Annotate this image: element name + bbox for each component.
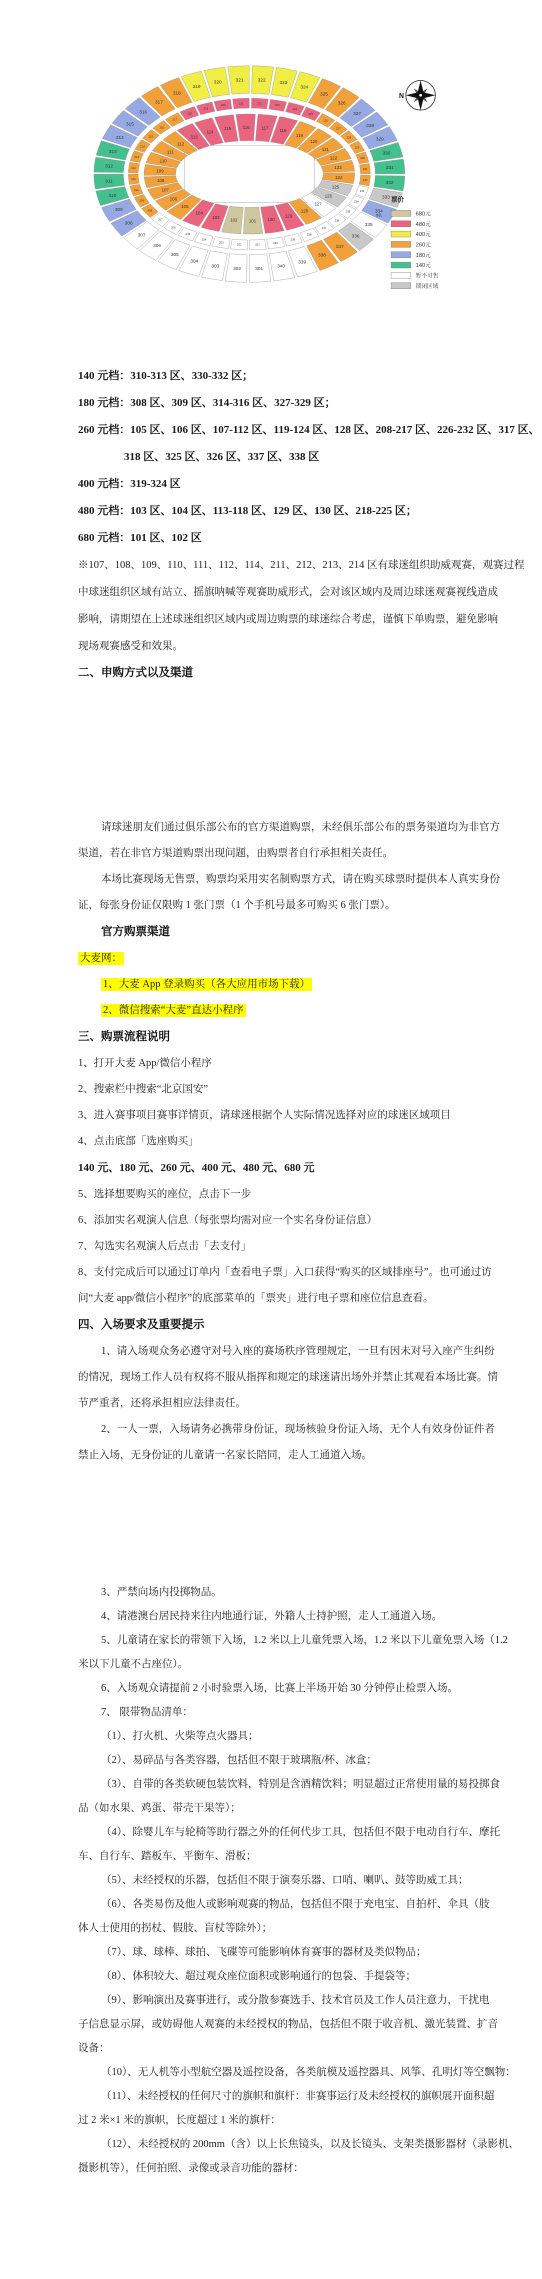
doc-text: 4、请港澳台居民持来往内地通行证，外籍人士持护照，走人工通道入场。 <box>101 1611 442 1622</box>
section-label: 122 <box>330 156 338 161</box>
section-label: 225 <box>309 112 314 116</box>
section-label: 123 <box>334 165 342 170</box>
doc-text: 400 元档：319-324 区 <box>78 478 181 490</box>
section-label: 308 <box>125 220 133 226</box>
section-label: 226 <box>323 118 328 122</box>
section-label: 219 <box>204 106 209 110</box>
legend-label: 680元 <box>416 211 431 218</box>
section-label: 218 <box>187 111 192 115</box>
doc-line: 影响，请期望在上述球迷组织区域内或周边购票的球迷综合考虑，谨慎下单购票，避免影响 <box>78 606 512 633</box>
section-label: 224 <box>292 107 297 111</box>
section-label: 114 <box>207 129 214 134</box>
doc-line: 140 元、180 元、260 元、400 元、480 元、680 元 <box>78 1155 512 1182</box>
doc-line: 140 元档：310-313 区、330-332 区； <box>78 363 512 390</box>
section-label: 117 <box>261 126 268 131</box>
doc-line: 1、打开大麦 App/微信小程序 <box>78 1051 512 1077</box>
doc-line: （3）、自带的各类软硬包装饮料，特别是含酒精饮料；明显超过正常使用量的易投掷食 <box>78 1773 512 1797</box>
section-label: 215 <box>149 134 154 138</box>
legend-label: 400元 <box>416 231 431 238</box>
doc-line: 318 区、325 区、326 区、337 区、338 区 <box>78 444 512 471</box>
section-label: 323 <box>279 80 287 86</box>
doc-line: 3、进入赛事项目赛事详情页，请球迷根据个人实际情况选择对应的球迷区域项目 <box>78 1103 512 1129</box>
section-label: 130 <box>267 217 275 222</box>
section-label: 228 <box>347 136 352 140</box>
section-label: 327 <box>353 111 361 117</box>
section-label: 318 <box>173 91 181 97</box>
section-label: 330 <box>383 150 391 156</box>
section-label: 314 <box>116 135 124 141</box>
doc-text: 现场观赛感受和效果。 <box>78 641 183 652</box>
section-label: 126 <box>325 193 333 198</box>
doc-text: 证，每张身份证仅限购 1 张门票（1 个手机号最多可购买 6 张门票）。 <box>78 900 396 911</box>
highlighted-text: 1、大麦 App 登录购买（各大应用市场下载） <box>101 978 312 991</box>
doc-text: （7）、球、球棒、球拍、飞碟等可能影响体育赛事的器材及类似物品； <box>101 1947 427 1958</box>
doc-text: 过 2 米×1 米的旗帜，长度超过 1 米的旗杆： <box>78 2115 281 2126</box>
doc-text: （2）、易碎品与各类容器，包括但不限于玻璃瓶/杯、冰盒； <box>101 1755 377 1766</box>
doc-text: 子信息显示屏，或妨碍他人观赛的未经授权的物品，包括但不限于收音机、激光装置、扩音 <box>78 2019 498 2030</box>
doc-line: （10）、无人机等小型航空器及遥控设备，各类航模及遥控器具、风筝、孔明灯等空飘物… <box>78 2061 512 2085</box>
section-label: 220 <box>221 103 226 107</box>
section-label: 208 <box>148 209 153 213</box>
doc-line: 品（如水果、鸡蛋、带壳干果等）； <box>78 1797 512 1821</box>
section-label: 312 <box>105 163 113 169</box>
doc-line: 6、入场观众请提前 2 小时验票入场，比赛上半场开始 30 分钟停止检票入场。 <box>78 1677 512 1701</box>
section-label: 108 <box>157 178 165 183</box>
section-label: 221 <box>239 101 244 105</box>
legend-swatch <box>391 210 411 216</box>
legend-swatch <box>391 283 411 289</box>
legend-label: 锁闭区域 <box>416 282 439 290</box>
doc-line: 1、大麦 App 登录购买（各大应用市场下载） <box>78 972 512 998</box>
doc-text: 渠道，若在非官方渠道购票出现问题，由购票者自行承担相关责任。 <box>78 848 393 859</box>
section-label: 213 <box>134 155 139 159</box>
doc-text: 影响，请期望在上述球迷组织区域内或周边购票的球迷综合考虑，谨慎下单购票，避免影响 <box>78 614 498 625</box>
doc-line: 四、入场要求及重要提示 <box>78 1312 512 1339</box>
section-label: 124 <box>335 175 343 180</box>
stadium-map-block: 3013023033043053063073083093103113123133… <box>60 52 542 305</box>
doc-line: 官方购票渠道 <box>78 919 512 946</box>
doc-text: 体人士使用的拐杖、假肢、盲杖等除外）； <box>78 1923 272 1934</box>
section-label: 222 <box>257 101 262 105</box>
doc-line: 400 元档：319-324 区 <box>78 471 512 498</box>
section-label: 120 <box>310 139 318 144</box>
doc-line: 渠道，若在非官方渠道购票出现问题，由购票者自行承担相关责任。 <box>78 841 512 867</box>
section-label: 235 <box>346 210 351 214</box>
section-label: 205 <box>186 232 191 236</box>
doc-line: 请球迷朋友们通过俱乐部公布的官方渠道购票，未经俱乐部公布的票务渠道均为非官方 <box>78 815 512 841</box>
compass-icon: N <box>399 81 435 111</box>
section-label: 201 <box>255 243 260 247</box>
doc-text: 3、进入赛事项目赛事详情页，请球迷根据个人实际情况选择对应的球迷区域项目 <box>78 1110 451 1121</box>
compass-north-label: N <box>399 93 404 100</box>
legend-label: 180元 <box>416 252 431 259</box>
section-label: 317 <box>155 99 163 105</box>
doc-line: （11）、未经授权的任何尺寸的旗帜和旗杆：非赛事运行及未经授权的旗帜展开面积超 <box>78 2085 512 2109</box>
section-label: 206 <box>171 225 176 229</box>
doc-line: （6）、各类易伤及他人或影响观赛的物品，包括但不限于充电宝、自拍杆、伞具（肢 <box>78 1893 512 1917</box>
doc-text: 140 元档：310-313 区、330-332 区； <box>78 370 253 382</box>
section-label: 119 <box>296 133 303 138</box>
section-label: 338 <box>318 253 326 259</box>
doc-line: 5、选择想要购买的座位，点击下一步 <box>78 1182 512 1208</box>
section-label: 113 <box>191 135 198 140</box>
doc-line: 2、微信搜索“大麦”直达小程序 <box>78 998 512 1024</box>
section-label: 115 <box>224 126 231 131</box>
doc-line: 二、申购方式以及渠道 <box>78 660 512 687</box>
doc-text: 318 区、325 区、326 区、337 区、338 区 <box>124 451 319 463</box>
section-label: 212 <box>131 166 136 170</box>
section-label: 324 <box>300 85 308 91</box>
legend-label: 暂不可售 <box>416 272 439 280</box>
pitch <box>184 145 314 202</box>
legend-label: 140元 <box>416 262 431 269</box>
doc-line: 480 元档：103 区、104 区、113-118 区、129 区、130 区… <box>78 498 512 525</box>
section-label: 319 <box>193 84 201 90</box>
doc-text: 品（如水果、鸡蛋、带壳干果等）； <box>78 1803 241 1814</box>
doc-text: （4）、除婴儿车与轮椅等助行器之外的任何代步工具，包括但不限于电动自行车、摩托 <box>101 1827 500 1838</box>
doc-text: 6、添加实名观演人信息（每张票均需对应一个实名身份证信息） <box>78 1215 377 1226</box>
doc-line: 现场观赛感受和效果。 <box>78 633 512 660</box>
spacer <box>0 1469 542 1581</box>
section-label: 112 <box>177 141 184 146</box>
section-label: 211 <box>131 177 136 181</box>
section-label: 105 <box>181 204 189 209</box>
doc-line: 大麦网： <box>78 946 512 972</box>
section-label: 337 <box>336 244 344 250</box>
doc-text: 6、入场观众请提前 2 小时验票入场，比赛上半场开始 30 分钟停止检票入场。 <box>101 1683 458 1694</box>
doc-line: 260 元档：105 区、106 区、107-112 区、119-124 区、1… <box>78 417 512 444</box>
section-label: 302 <box>233 266 241 272</box>
doc-line: 问“大麦 app/微信小程序”的底部菜单的「票夹」进行电子票和座位信息查看。 <box>78 1286 512 1312</box>
section-label: 305 <box>171 252 179 258</box>
section-label: 229 <box>355 145 360 149</box>
section-label: 328 <box>366 123 374 129</box>
legend-swatch <box>391 252 411 258</box>
doc-line: 4、点击底部「选座购买」 <box>78 1129 512 1155</box>
section-label: 125 <box>332 184 340 189</box>
doc-text: 5、选择想要购买的座位，点击下一步 <box>78 1189 251 1200</box>
section-label: 332 <box>386 180 394 186</box>
doc-line: 4、请港澳台居民持来往内地通行证，外籍人士持护照，走人工通道入场。 <box>78 1605 512 1629</box>
section-label: 329 <box>376 136 384 142</box>
doc-text: 禁止入场，无身份证的儿童请一名家长陪同，走人工通道入场。 <box>78 1450 372 1461</box>
away-section-label: 客队 <box>376 213 383 218</box>
doc-text: 车、自行车、踏板车、平衡车、滑板； <box>78 1851 257 1862</box>
doc-line: 子信息显示屏，或妨碍他人观赛的未经授权的物品，包括但不限于收音机、激光装置、扩音 <box>78 2013 512 2037</box>
doc-line: 2、一人一票，入场请务必携带身份证，现场核验身份证入场，无个人有效身份证件者 <box>78 1417 512 1443</box>
section-label: 118 <box>279 128 286 133</box>
section-label: 202 <box>237 243 242 247</box>
doc-text: 2、搜索栏中搜索“北京国安” <box>78 1084 208 1095</box>
legend-swatch <box>391 262 411 268</box>
doc-text: 官方购票渠道 <box>101 926 170 938</box>
section-label: 121 <box>322 147 330 152</box>
doc-line: 米以下儿童不占座位）。 <box>78 1653 512 1677</box>
section-label: 230 <box>360 156 365 160</box>
doc-text: 480 元档：103 区、104 区、113-118 区、129 区、130 区… <box>78 505 417 517</box>
legend-label: 480元 <box>416 221 431 228</box>
doc-text: 1、打开大麦 App/微信小程序 <box>78 1058 212 1069</box>
section-label: 223 <box>275 103 280 107</box>
doc-text: 4、点击底部「选座购买」 <box>78 1136 199 1147</box>
doc-line: （2）、易碎品与各类容器，包括但不限于玻璃瓶/杯、冰盒； <box>78 1749 512 1773</box>
section-label: 325 <box>320 92 328 98</box>
doc-text: 问“大麦 app/微信小程序”的底部菜单的「票夹」进行电子票和座位信息查看。 <box>78 1293 434 1304</box>
section-label: 310 <box>108 193 116 199</box>
section-label: 307 <box>138 232 146 238</box>
doc-text: 设备： <box>78 2043 110 2054</box>
legend-swatch <box>391 241 411 247</box>
doc-text: 三、购票流程说明 <box>78 1031 170 1043</box>
section-label: 301 <box>255 266 263 272</box>
price-legend: 票价680元480元400元260元180元140元暂不可售锁闭区域 <box>391 195 439 290</box>
doc-line: 设备： <box>78 2037 512 2061</box>
document: 140 元档：310-313 区、330-332 区；180 元档：308 区、… <box>0 363 542 2181</box>
section-label: 210 <box>134 188 139 192</box>
doc-line: 680 元档：101 区、102 区 <box>78 525 512 552</box>
doc-text: （12）、未经授权的 200mm（含）以上长焦镜头，以及长镜头、支架类摄影器材（… <box>101 2139 519 2150</box>
section-label: 304 <box>190 259 198 265</box>
section-label: 238 <box>307 233 312 237</box>
section-label: 313 <box>109 149 117 155</box>
section-label: 111 <box>167 150 174 155</box>
section-label: 116 <box>243 125 250 130</box>
doc-line: 7、勾选实名观演人后点击「去支付」 <box>78 1234 512 1260</box>
doc-line: 180 元档：308 区、309 区、314-316 区、327-329 区； <box>78 390 512 417</box>
section-label: 234 <box>354 200 359 204</box>
section-label: 240 <box>273 241 278 245</box>
doc-line: （8）、体积较大、超过观众座位面积或影响通行的包袋、手提袋等； <box>78 1965 512 1989</box>
doc-text: 260 元档：105 区、106 区、107-112 区、119-124 区、1… <box>78 424 540 436</box>
doc-line: 车、自行车、踏板车、平衡车、滑板； <box>78 1845 512 1869</box>
doc-line: 本场比赛现场无售票，购票均采用实名制购票方式，请在购买球票时提供本人真实身份 <box>78 867 512 893</box>
highlighted-text: 大麦网： <box>78 952 124 965</box>
doc-text: 请球迷朋友们通过俱乐部公布的官方渠道购票，未经俱乐部公布的票务渠道均为非官方 <box>101 822 500 833</box>
section-label: 306 <box>153 243 161 249</box>
doc-text: 2、一人一票，入场请务必携带身份证，现场核验身份证入场，无个人有效身份证件者 <box>101 1424 495 1435</box>
section-label: 207 <box>158 218 163 222</box>
doc-text: 3、严禁向场内投掷物品。 <box>101 1587 222 1598</box>
section-label: 204 <box>202 237 207 241</box>
doc-line: 8、支付完成后可以通过订单内「查看电子票」入口获得“购买的区域排座号”。也可通过… <box>78 1260 512 1286</box>
doc-text: （8）、体积较大、超过观众座位面积或影响通行的包袋、手提袋等； <box>101 1971 416 1982</box>
section-label: 232 <box>363 178 368 182</box>
section-label: 102 <box>230 218 238 223</box>
section-label: 333 <box>382 195 390 201</box>
section-label: 216 <box>159 125 164 129</box>
doc-line: 6、添加实名观演人信息（每张票均需对应一个实名身份证信息） <box>78 1208 512 1234</box>
doc-line: 5、儿童请在家长的带领下入场，1.2 米以上儿童凭票入场，1.2 米以下儿童免票… <box>78 1629 512 1653</box>
section-label: 335 <box>365 222 373 228</box>
doc-text: （5）、未经授权的乐器，包括但不限于演奏乐器、口哨、喇叭、鼓等助威工具； <box>101 1875 469 1886</box>
legend-swatch <box>391 231 411 237</box>
legend-swatch <box>391 272 411 278</box>
doc-text: 140 元、180 元、260 元、400 元、480 元、680 元 <box>78 1162 315 1174</box>
doc-text: 1、请入场观众务必遵守对号入座的赛场秩序管理规定，一旦有因未对号入座产生纠纷 <box>101 1346 495 1357</box>
section-label: 209 <box>139 199 144 203</box>
doc-line: （9）、影响演出及赛事进行，或分散参赛选手、技术官员及工作人员注意力，干扰电 <box>78 1989 512 2013</box>
doc-text: 180 元档：308 区、309 区、314-316 区、327-329 区； <box>78 397 336 409</box>
section-label: 309 <box>115 207 123 213</box>
doc-line: 1、请入场观众务必遵守对号入座的赛场秩序管理规定，一旦有因未对号入座产生纠纷 <box>78 1339 512 1365</box>
doc-text: ※107、108、109、110、111、112、114、211、212、213… <box>78 560 525 571</box>
section-label: 106 <box>170 196 178 201</box>
doc-line: 中球迷组织区域有站立、摇旗呐喊等观赛助威形式，会对该区域内及周边球迷观赛视线造成 <box>78 579 512 606</box>
stadium-map: 3013023033043053063073083093103113123133… <box>60 52 484 300</box>
section-label: 128 <box>301 208 309 213</box>
doc-line: 证，每张身份证仅限购 1 张门票（1 个手机号最多可购买 6 张门票）。 <box>78 893 512 919</box>
doc-text: （10）、无人机等小型航空器及遥控设备，各类航模及遥控器具、风筝、孔明灯等空飘物… <box>101 2067 516 2078</box>
doc-text: 二、申购方式以及渠道 <box>78 667 193 679</box>
doc-text: （6）、各类易伤及他人或影响观赛的物品，包括但不限于充电宝、自拍杆、伞具（肢 <box>101 1899 490 1910</box>
section-label: 110 <box>160 159 167 164</box>
doc-text: 8、支付完成后可以通过订单内「查看电子票」入口获得“购买的区域排座号”。也可通过… <box>78 1267 492 1278</box>
doc-line: 7、 限带物品清单： <box>78 1701 512 1725</box>
section-label: 340 <box>277 264 285 270</box>
section-label: 233 <box>360 189 365 193</box>
section-label: 203 <box>219 241 224 245</box>
svg-text:票价: 票价 <box>391 195 404 204</box>
doc-line: 禁止入场，无身份证的儿童请一名家长陪同，走人工通道入场。 <box>78 1443 512 1469</box>
section-label: 320 <box>214 80 222 86</box>
doc-line: 2、搜索栏中搜索“北京国安” <box>78 1077 512 1103</box>
section-label: 109 <box>156 168 164 173</box>
section-label: 103 <box>212 215 220 220</box>
legend-label: 260元 <box>416 242 431 249</box>
section-label: 237 <box>322 226 327 230</box>
doc-text: 680 元档：101 区、102 区 <box>78 532 202 544</box>
doc-text: 本场比赛现场无售票，购票均采用实名制购票方式，请在购买球票时提供本人真实身份 <box>101 874 500 885</box>
highlighted-text: 2、微信搜索“大麦”直达小程序 <box>101 1004 246 1017</box>
section-label: 214 <box>140 144 145 148</box>
doc-line: 节严重者，还将承担相应法律责任。 <box>78 1391 512 1417</box>
doc-text: 5、儿童请在家长的带领下入场，1.2 米以上儿童凭票入场，1.2 米以下儿童免票… <box>101 1635 508 1646</box>
section-label: 239 <box>291 238 296 242</box>
doc-line: 的情况，现场工作人员有权将不服从指挥和规定的球迷请出场外并禁止其观看本场比赛。情 <box>78 1365 512 1391</box>
section-label: 127 <box>314 202 322 207</box>
section-label: 316 <box>139 110 147 116</box>
section-label: 336 <box>352 234 360 240</box>
doc-text: （9）、影响演出及赛事进行，或分散参赛选手、技术官员及工作人员注意力，干扰电 <box>101 1995 490 2006</box>
section-label: 315 <box>126 122 134 128</box>
doc-line: 三、购票流程说明 <box>78 1024 512 1051</box>
doc-line: （1）、打火机、火柴等点火器具； <box>78 1725 512 1749</box>
section-label: 311 <box>105 178 113 184</box>
legend-swatch <box>391 221 411 227</box>
doc-text: （3）、自带的各类软硬包装饮料，特别是含酒精饮料；明显超过正常使用量的易投掷食 <box>101 1779 500 1790</box>
doc-line: （7）、球、球棒、球拍、飞碟等可能影响体育赛事的器材及类似物品； <box>78 1941 512 1965</box>
section-label: 303 <box>211 263 219 269</box>
doc-text: （1）、打火机、火柴等点火器具； <box>101 1731 259 1742</box>
doc-line: （4）、除婴儿车与轮椅等助行器之外的任何代步工具，包括但不限于电动自行车、摩托 <box>78 1821 512 1845</box>
doc-line: ※107、108、109、110、111、112、114、211、212、213… <box>78 552 512 579</box>
section-label: 322 <box>258 78 266 84</box>
section-label: 326 <box>338 100 346 106</box>
doc-text: 的情况，现场工作人员有权将不服从指挥和规定的球迷请出场外并禁止其观看本场比赛。情 <box>78 1372 498 1383</box>
section-label: 227 <box>336 126 341 130</box>
section-label: 321 <box>236 77 244 83</box>
section-label: 231 <box>363 167 368 171</box>
doc-line: 过 2 米×1 米的旗帜，长度超过 1 米的旗杆： <box>78 2109 512 2133</box>
doc-text: 中球迷组织区域有站立、摇旗呐喊等观赛助威形式，会对该区域内及周边球迷观赛视线造成 <box>78 587 498 598</box>
doc-line: 3、严禁向场内投掷物品。 <box>78 1581 512 1605</box>
section-label: 107 <box>162 188 170 193</box>
spacer <box>0 687 542 815</box>
doc-text: 7、 限带物品清单： <box>101 1707 193 1718</box>
section-label: 236 <box>335 218 340 222</box>
doc-text: （11）、未经授权的任何尺寸的旗帜和旗杆：非赛事运行及未经授权的旗帜展开面积超 <box>101 2091 494 2102</box>
section-label: 217 <box>172 118 177 122</box>
doc-text: 米以下儿童不占座位）。 <box>78 1659 188 1670</box>
section-label: 101 <box>249 218 257 223</box>
doc-line: 体人士使用的拐杖、假肢、盲杖等除外）； <box>78 1917 512 1941</box>
section-label: 129 <box>285 214 293 219</box>
doc-line: （5）、未经授权的乐器，包括但不限于演奏乐器、口哨、喇叭、鼓等助威工具； <box>78 1869 512 1893</box>
doc-line: 摄影机等），任何拍照、录像或录音功能的器材： <box>78 2157 512 2181</box>
doc-text: 四、入场要求及重要提示 <box>78 1319 205 1331</box>
section-label: 339 <box>298 259 306 265</box>
doc-text: 摄影机等），任何拍照、录像或录音功能的器材： <box>78 2163 304 2174</box>
doc-text: 7、勾选实名观演人后点击「去支付」 <box>78 1241 251 1252</box>
section-label: 104 <box>196 210 204 215</box>
section-label: 331 <box>386 165 394 171</box>
doc-text: 节严重者，还将承担相应法律责任。 <box>78 1398 246 1409</box>
doc-line: （12）、未经授权的 200mm（含）以上长焦镜头，以及长镜头、支架类摄影器材（… <box>78 2133 512 2157</box>
